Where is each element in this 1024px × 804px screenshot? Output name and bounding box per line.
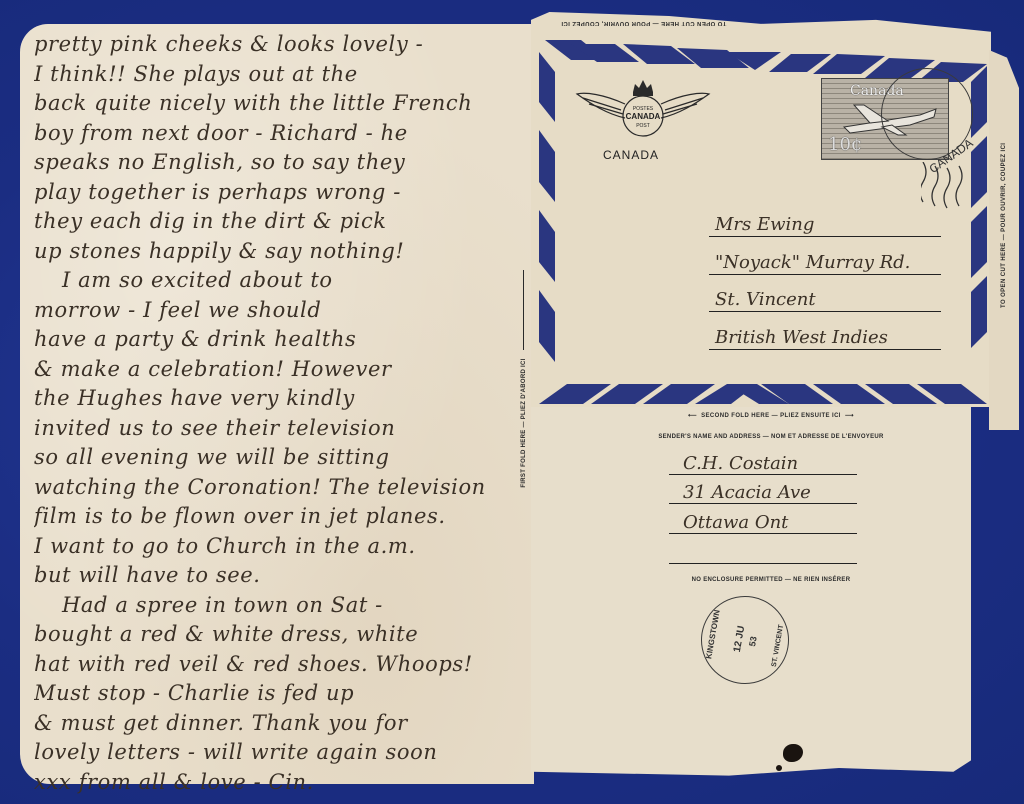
letter-line: I am so excited about to [34, 266, 529, 296]
letter-line: back quite nicely with the little French [34, 89, 529, 119]
letter-line: they each dig in the dirt & pick [34, 207, 529, 237]
svg-text:CANADA: CANADA [626, 112, 661, 121]
letter-line: xxx from all & love - Cin. [34, 768, 529, 798]
letter-line: speaks no English, so to say they [34, 148, 529, 178]
letter-line: the Hughes have very kindly [34, 384, 529, 414]
letter-line: watching the Coronation! The television [34, 473, 529, 503]
letter-line: morrow - I feel we should [34, 296, 529, 326]
letter-line: & must get dinner. Thank you for [34, 709, 529, 739]
first-fold-label: FIRST FOLD HERE — PLIEZ D'ABORD ICI [521, 353, 527, 493]
letter-line: hat with red veil & red shoes. Whoops! [34, 650, 529, 680]
letter-line: Had a spree in town on Sat - [34, 591, 529, 621]
sender-line-2: 31 Acacia Ave [669, 479, 857, 504]
recipient-line-1: Mrs Ewing [709, 210, 941, 237]
winged-crown-icon: POSTES CANADA POST [573, 74, 713, 144]
sender-line-4 [669, 539, 857, 564]
letter-line: but will have to see. [34, 561, 529, 591]
aerogramme: TO OPEN CUT HERE — POUR OUVRIR, COUPEZ I… [531, 12, 991, 787]
cut-here-label-side: TO OPEN CUT HERE — POUR OUVRIR, COUPEZ I… [1001, 178, 1007, 308]
letter-line: & make a celebration! However [34, 355, 529, 385]
letter-line: I want to go to Church in the a.m. [34, 532, 529, 562]
air-mail-logo: POSTES CANADA POST CANADA [573, 74, 713, 162]
letter-body: pretty pink cheeks & looks lovely -I thi… [34, 30, 529, 797]
sender-line-1: C.H. Costain [669, 450, 857, 475]
stamp-value: 10¢ [828, 134, 862, 155]
sender-line-3: Ottawa Ont [669, 509, 857, 534]
sender-header: SENDER'S NAME AND ADDRESS — NOM ET ADRES… [621, 434, 921, 440]
letter-line: play together is perhaps wrong - [34, 178, 529, 208]
letter-line: Must stop - Charlie is fed up [34, 679, 529, 709]
recipient-line-2: "Noyack" Murray Rd. [709, 248, 941, 275]
letter-page: pretty pink cheeks & looks lovely -I thi… [20, 24, 534, 784]
cancellation-waves-icon [921, 162, 981, 212]
letter-line: boy from next door - Richard - he [34, 119, 529, 149]
second-fold-label: ⟵ SECOND FOLD HERE — PLIEZ ENSUITE ICI ⟶ [611, 412, 931, 419]
logo-country: CANADA [603, 148, 713, 162]
recipient-line-4: British West Indies [709, 323, 941, 350]
no-enclosure-label: NO ENCLOSURE PERMITTED — NE RIEN INSÉRER [636, 577, 906, 583]
letter-line: pretty pink cheeks & looks lovely - [34, 30, 529, 60]
ink-blot-small [776, 765, 782, 771]
letter-line: invited us to see their television [34, 414, 529, 444]
svg-text:POST: POST [636, 123, 650, 129]
fold-arrow-icon [523, 270, 524, 350]
letter-line: film is to be flown over in jet planes. [34, 502, 529, 532]
recipient-line-3: St. Vincent [709, 285, 941, 312]
letter-line: bought a red & white dress, white [34, 620, 529, 650]
letter-line: have a party & drink healths [34, 325, 529, 355]
letter-line: so all evening we will be sitting [34, 443, 529, 473]
first-fold-guide: FIRST FOLD HERE — PLIEZ D'ABORD ICI [518, 270, 530, 530]
side-flap: TO OPEN CUT HERE — POUR OUVRIR, COUPEZ I… [989, 50, 1019, 430]
letter-line: I think!! She plays out at the [34, 60, 529, 90]
letter-line: up stones happily & say nothing! [34, 237, 529, 267]
letter-line: lovely letters - will write again soon [34, 738, 529, 768]
